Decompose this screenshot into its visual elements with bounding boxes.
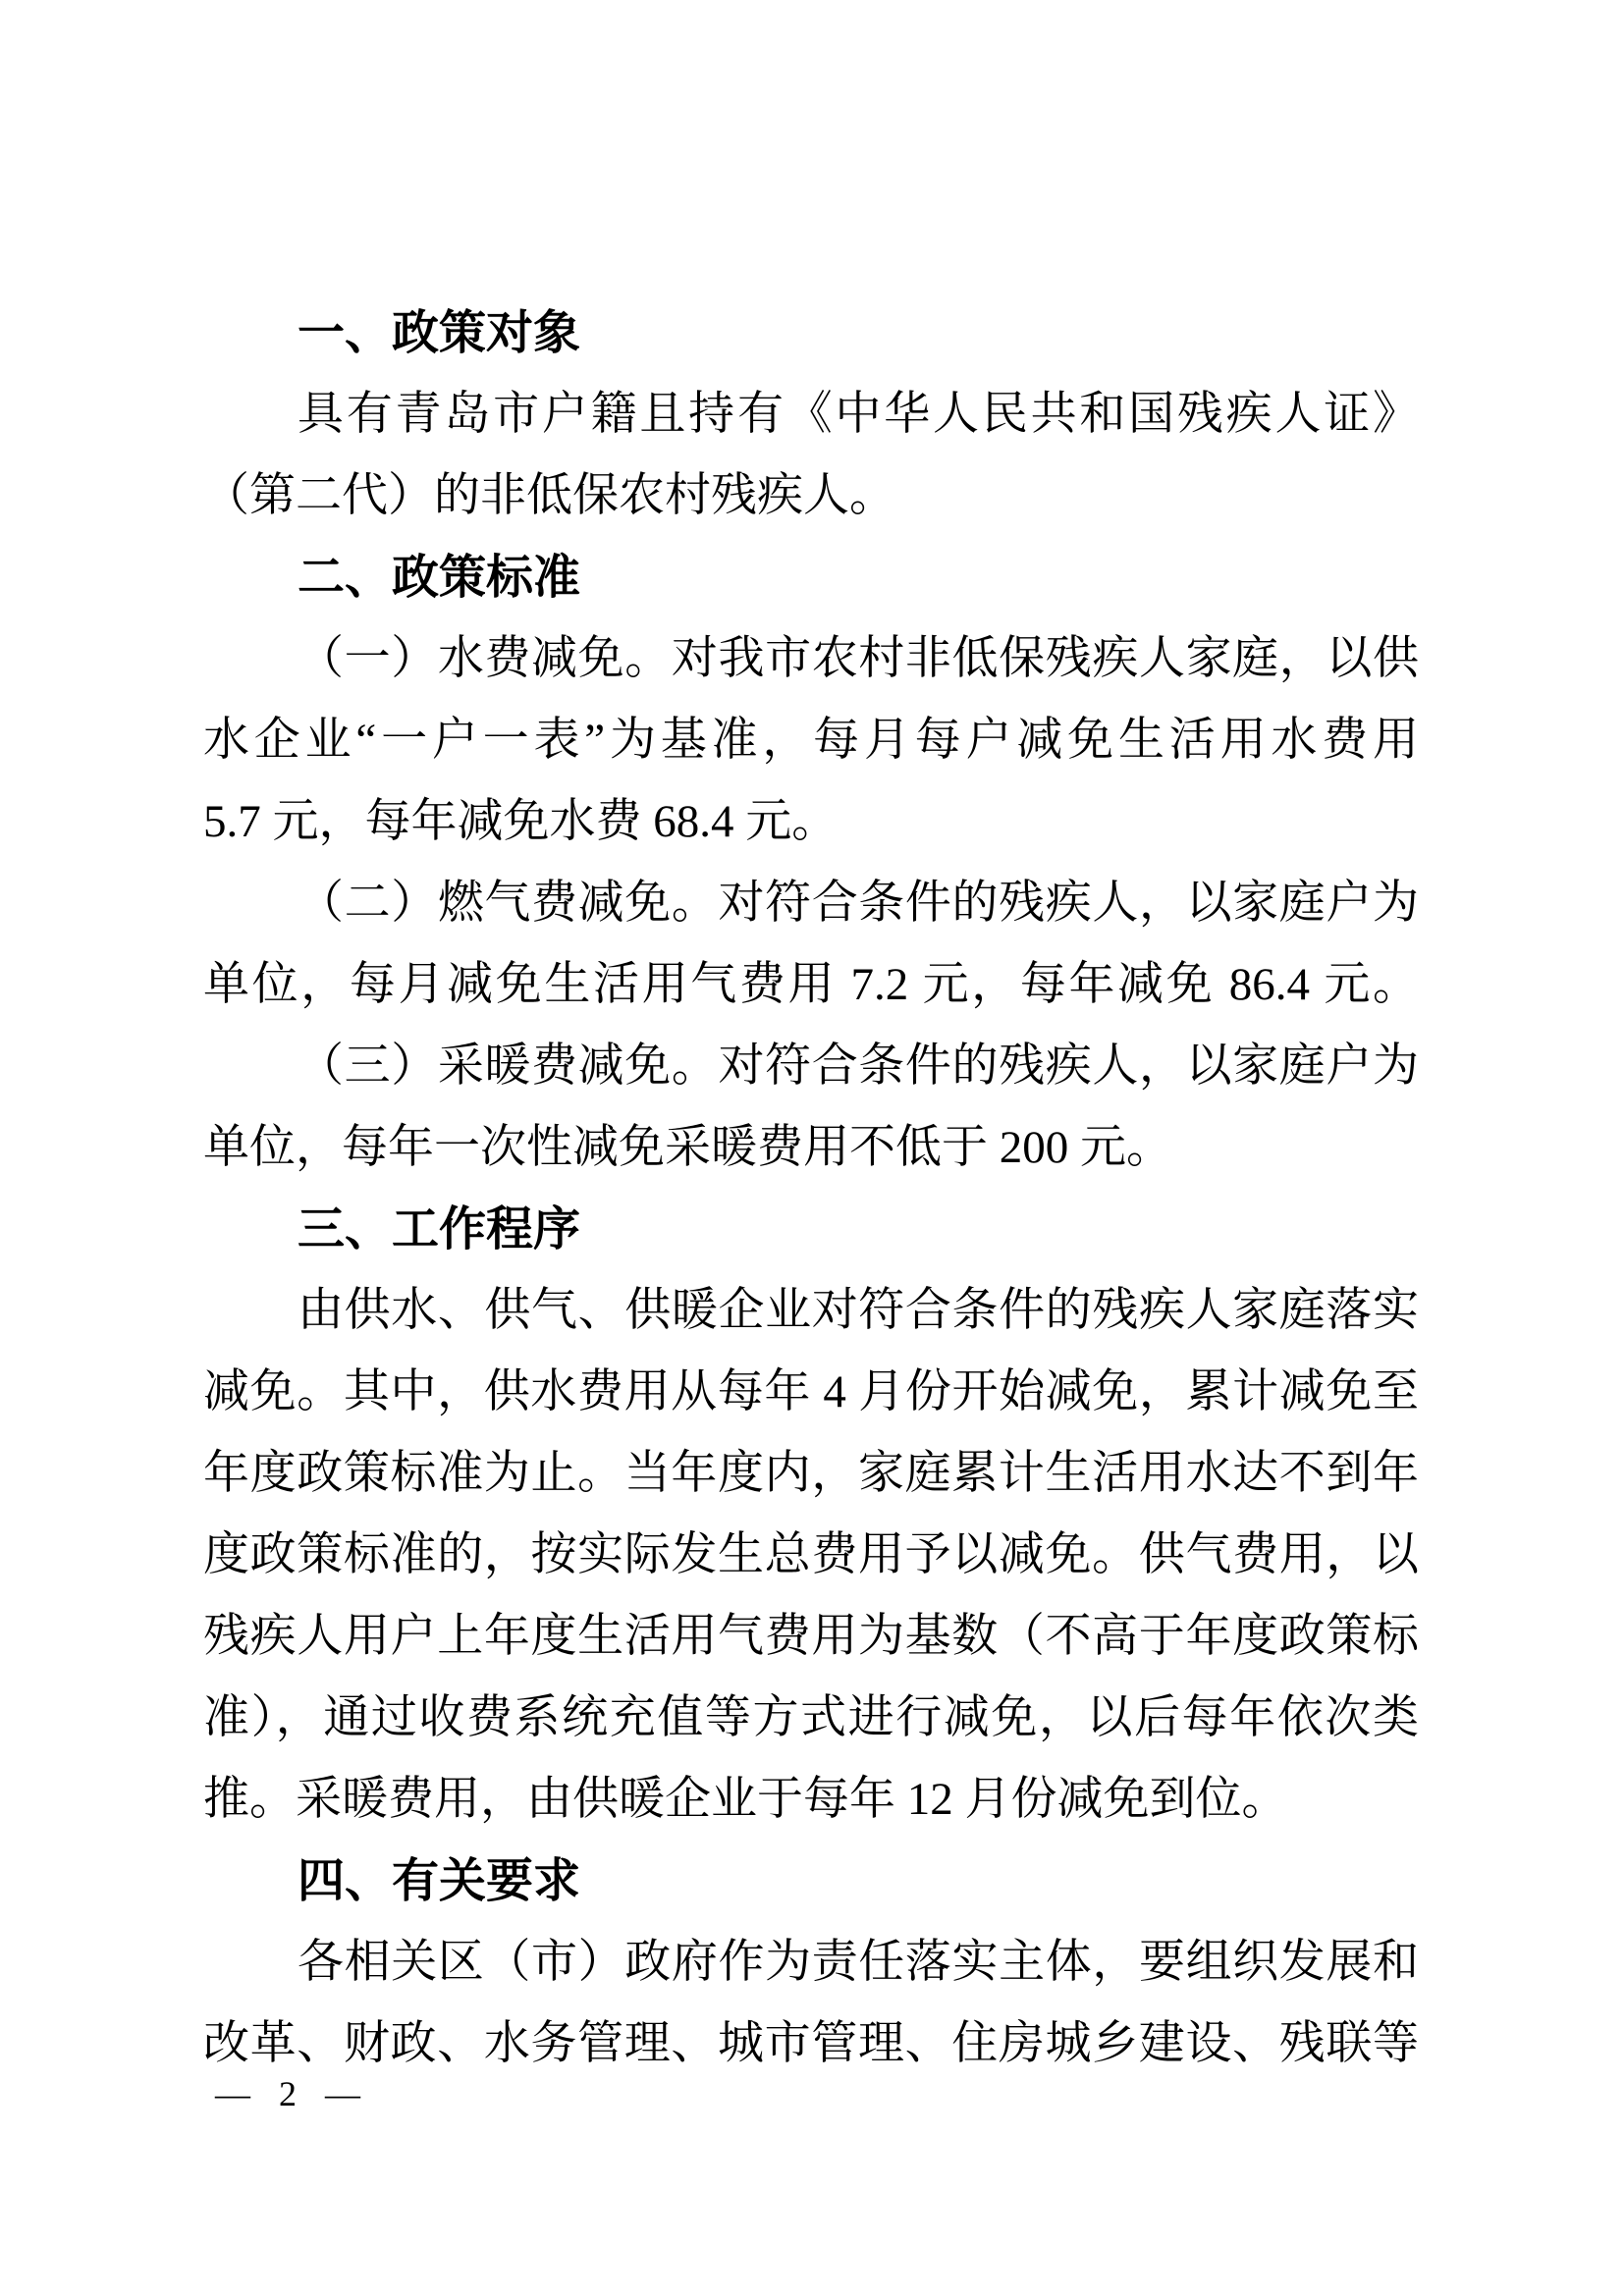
body-line: 改革、财政、水务管理、城市管理、住房城乡建设、残联等 xyxy=(203,2003,1419,2085)
section-heading-requirements: 四、有关要求 xyxy=(203,1841,1419,1922)
section-heading-work-procedure: 三、工作程序 xyxy=(203,1189,1419,1270)
body-line: 年度政策标准为止。当年度内，家庭累计生活用水达不到年 xyxy=(203,1433,1419,1515)
page-number: — 2 — xyxy=(215,2069,370,2118)
body-line: 各相关区（市）政府作为责任落实主体，要组织发展和 xyxy=(203,1922,1419,2003)
body-line: （一）水费减免。对我市农村非低保残疾人家庭，以供 xyxy=(203,618,1419,700)
body-line: 由供水、供气、供暖企业对符合条件的残疾人家庭落实 xyxy=(203,1270,1419,1352)
body-line: 单位，每月减免生活用气费用 7.2 元，每年减免 86.4 元。 xyxy=(203,944,1419,1026)
body-line: 单位，每年一次性减免采暖费用不低于 200 元。 xyxy=(203,1107,1419,1189)
document-body: 一、政策对象 具有青岛市户籍且持有《中华人民共和国残疾人证》 （第二代）的非低保… xyxy=(203,293,1419,2085)
body-line: 水企业“一户一表”为基准，每月每户减免生活用水费用 xyxy=(203,700,1419,781)
section-heading-policy-target: 一、政策对象 xyxy=(203,293,1419,374)
body-line: （第二代）的非低保农村残疾人。 xyxy=(203,455,1419,537)
section-heading-policy-standard: 二、政策标准 xyxy=(203,537,1419,618)
body-line: 减免。其中，供水费用从每年 4 月份开始减免，累计减免至 xyxy=(203,1352,1419,1433)
body-line: 准），通过收费系统充值等方式进行减免，以后每年依次类 xyxy=(203,1678,1419,1759)
document-page: 一、政策对象 具有青岛市户籍且持有《中华人民共和国残疾人证》 （第二代）的非低保… xyxy=(0,0,1624,2296)
body-line: 推。采暖费用，由供暖企业于每年 12 月份减免到位。 xyxy=(203,1759,1419,1841)
body-line: （二）燃气费减免。对符合条件的残疾人，以家庭户为 xyxy=(203,863,1419,944)
body-line: 残疾人用户上年度生活用气费用为基数（不高于年度政策标 xyxy=(203,1596,1419,1678)
body-line: 5.7 元，每年减免水费 68.4 元。 xyxy=(203,781,1419,863)
body-line: 具有青岛市户籍且持有《中华人民共和国残疾人证》 xyxy=(203,374,1419,455)
body-line: （三）采暖费减免。对符合条件的残疾人，以家庭户为 xyxy=(203,1026,1419,1107)
body-line: 度政策标准的，按实际发生总费用予以减免。供气费用，以 xyxy=(203,1515,1419,1596)
